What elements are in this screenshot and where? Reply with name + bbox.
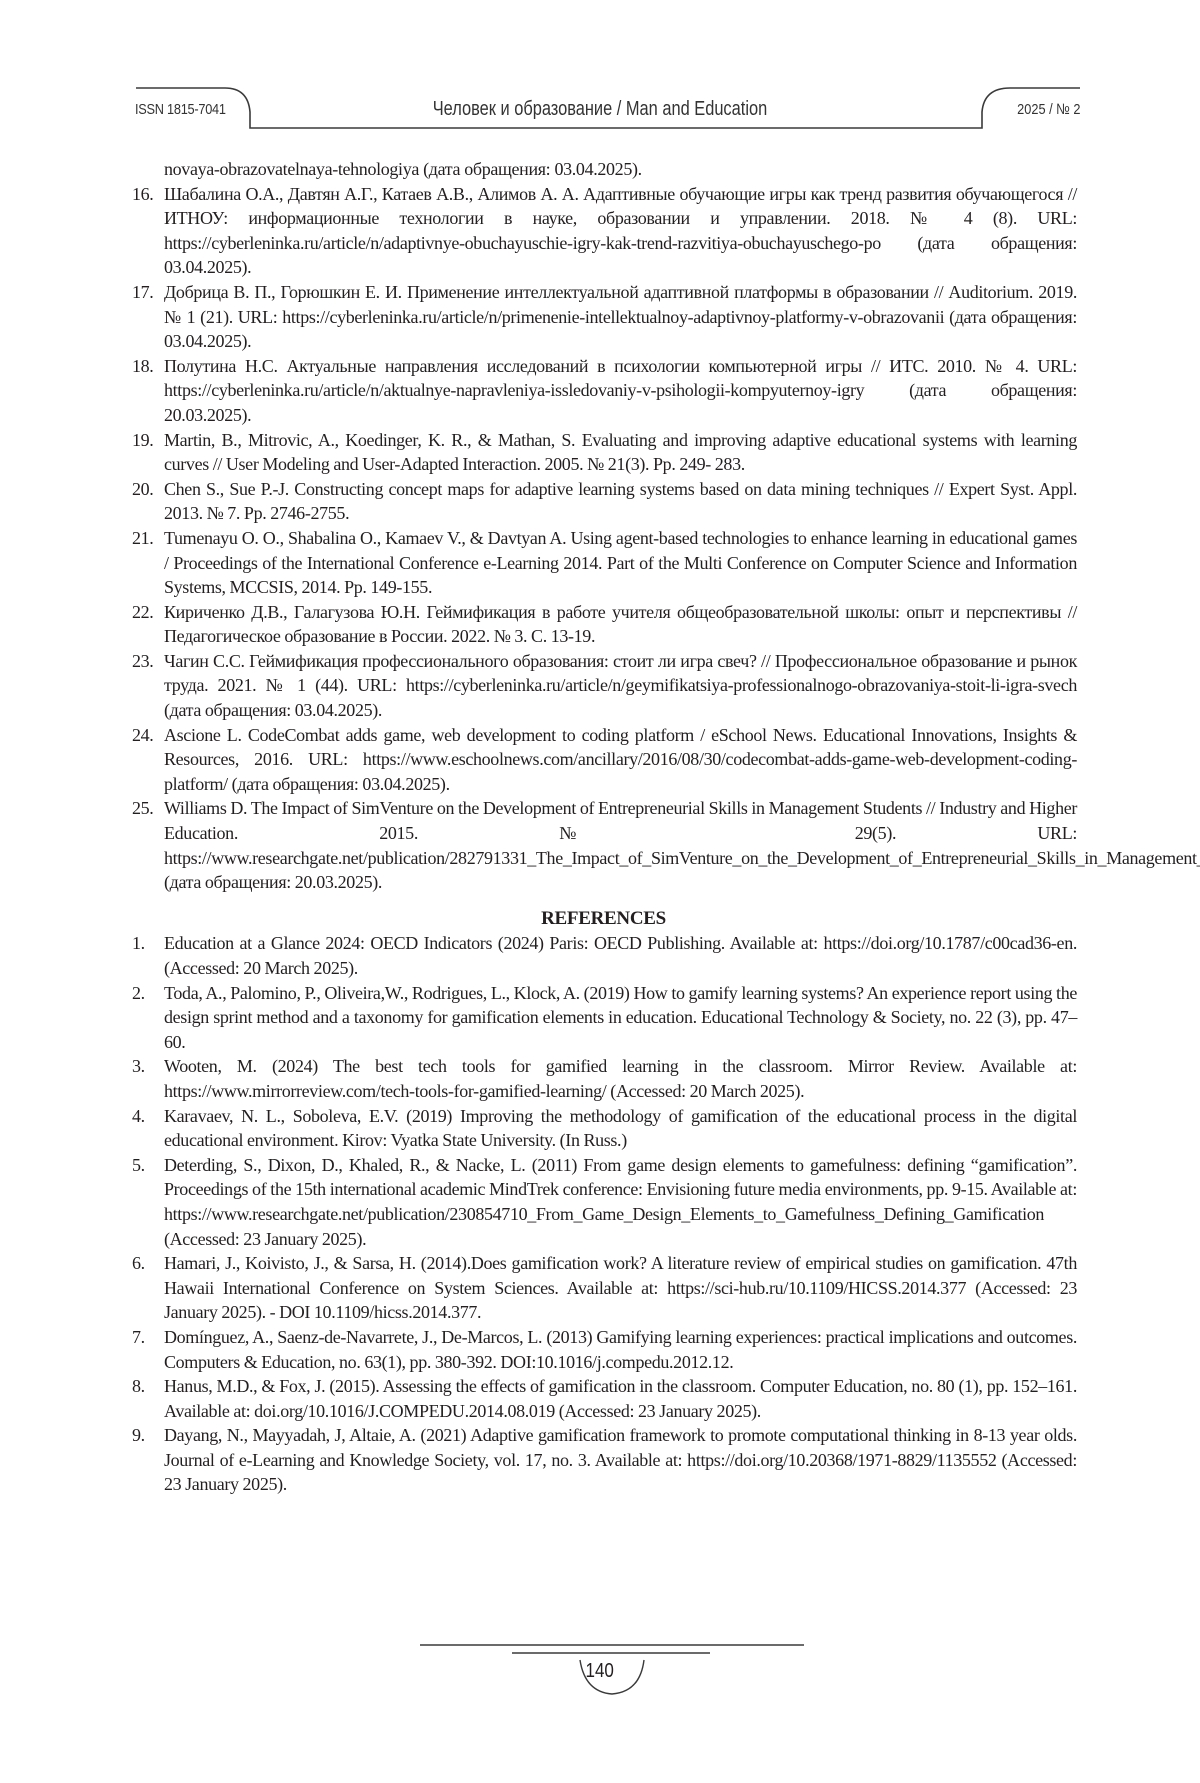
reference-text: Karavaev, N. L., Soboleva, E.V. (2019) I… <box>164 1106 1077 1151</box>
reference-text: Hamari, J., Koivisto, J., & Sarsa, H. (2… <box>164 1253 1077 1322</box>
reference-item: 21.Tumenayu O. O., Shabalina O., Kamaev … <box>130 526 1077 600</box>
reference-item: 3.Wooten, M. (2024) The best tech tools … <box>130 1054 1077 1103</box>
header-frame-decoration <box>0 0 1200 150</box>
reference-number: 9. <box>132 1423 145 1448</box>
reference-number: 3. <box>132 1054 145 1079</box>
reference-text: Ascione L. CodeCombat adds game, web dev… <box>164 725 1077 794</box>
reference-item: 23.Чагин С.С. Геймификация профессиональ… <box>130 649 1077 723</box>
reference-item: 17.Добрица В. П., Горюшкин Е. И. Примене… <box>130 280 1077 354</box>
reference-text: Чагин С.С. Геймификация профессиональног… <box>164 651 1077 720</box>
reference-list-content: novaya-obrazovatelnaya-tehnologiya (дата… <box>130 157 1077 1497</box>
reference-item: 19.Martin, B., Mitrovic, A., Koedinger, … <box>130 428 1077 477</box>
reference-item: 9.Dayang, N., Mayyadah, J, Altaie, A. (2… <box>130 1423 1077 1497</box>
reference-number: 6. <box>132 1251 145 1276</box>
reference-item: 6.Hamari, J., Koivisto, J., & Sarsa, H. … <box>130 1251 1077 1325</box>
reference-text: Deterding, S., Dixon, D., Khaled, R., & … <box>164 1155 1077 1249</box>
reference-item: 22.Кириченко Д.В., Галагузова Ю.Н. Гейми… <box>130 600 1077 649</box>
reference-number: 24. <box>132 723 153 748</box>
reference-item: 16.Шабалина О.А., Давтян А.Г., Катаев А.… <box>130 182 1077 280</box>
reference-text: Hanus, M.D., & Fox, J. (2015). Assessing… <box>164 1376 1077 1421</box>
reference-text: Toda, A., Palomino, P., Oliveira,W., Rod… <box>164 983 1077 1052</box>
reference-item: 5.Deterding, S., Dixon, D., Khaled, R., … <box>130 1153 1077 1251</box>
journal-title-text: Человек и образование / Man and Educatio… <box>433 98 767 121</box>
reference-text: Domínguez, A., Saenz-de-Navarrete, J., D… <box>164 1327 1077 1372</box>
reference-number: 25. <box>132 796 153 821</box>
reference-item: 2.Toda, A., Palomino, P., Oliveira,W., R… <box>130 981 1077 1055</box>
page-number: 140 <box>0 1660 1200 1683</box>
reference-number: 1. <box>132 931 145 956</box>
reference-item: 8.Hanus, M.D., & Fox, J. (2015). Assessi… <box>130 1374 1077 1423</box>
reference-text: Dayang, N., Mayyadah, J, Altaie, A. (202… <box>164 1425 1077 1494</box>
references-heading: REFERENCES <box>130 907 1077 932</box>
reference-number: 20. <box>132 477 153 502</box>
reference-text: Полутина Н.С. Актуальные направления исс… <box>164 356 1077 425</box>
reference-number: 18. <box>132 354 153 379</box>
reference-text: Wooten, M. (2024) The best tech tools fo… <box>164 1056 1077 1101</box>
reference-number: 7. <box>132 1325 145 1350</box>
reference-number: 16. <box>132 182 153 207</box>
reference-item: 18.Полутина Н.С. Актуальные направления … <box>130 354 1077 428</box>
reference-text: Tumenayu O. O., Shabalina O., Kamaev V.,… <box>164 528 1077 597</box>
reference-text: Добрица В. П., Горюшкин Е. И. Применение… <box>164 282 1077 351</box>
reference-number: 17. <box>132 280 153 305</box>
reference-number: 8. <box>132 1374 145 1399</box>
english-references-list: 1.Education at a Glance 2024: OECD Indic… <box>130 931 1077 1497</box>
reference-number: 21. <box>132 526 153 551</box>
page-number-text: 140 <box>586 1660 614 1683</box>
reference-number: 19. <box>132 428 153 453</box>
reference-item: 4.Karavaev, N. L., Soboleva, E.V. (2019)… <box>130 1104 1077 1153</box>
reference-number: 23. <box>132 649 153 674</box>
reference-text: Chen S., Sue P.-J. Constructing concept … <box>164 479 1077 524</box>
reference-item: 1.Education at a Glance 2024: OECD Indic… <box>130 931 1077 980</box>
page-header: ISSN 1815-7041 Человек и образование / M… <box>0 0 1200 150</box>
reference-item: 24.Ascione L. CodeCombat adds game, web … <box>130 723 1077 797</box>
reference-item: 25.Williams D. The Impact of SimVenture … <box>130 796 1077 894</box>
continuation-line: novaya-obrazovatelnaya-tehnologiya (дата… <box>130 157 1077 182</box>
reference-text: Williams D. The Impact of SimVenture on … <box>164 798 1200 892</box>
issue-number: 2025 / № 2 <box>1017 101 1080 118</box>
reference-number: 2. <box>132 981 145 1006</box>
reference-text: Кириченко Д.В., Галагузова Ю.Н. Геймифик… <box>164 602 1077 647</box>
reference-number: 4. <box>132 1104 145 1129</box>
reference-item: 7.Domínguez, A., Saenz-de-Navarrete, J.,… <box>130 1325 1077 1374</box>
reference-number: 22. <box>132 600 153 625</box>
reference-text: Education at a Glance 2024: OECD Indicat… <box>164 933 1077 978</box>
reference-text: Шабалина О.А., Давтян А.Г., Катаев А.В.,… <box>164 184 1077 278</box>
reference-number: 5. <box>132 1153 145 1178</box>
russian-references-list: 16.Шабалина О.А., Давтян А.Г., Катаев А.… <box>130 182 1077 895</box>
reference-item: 20.Chen S., Sue P.-J. Constructing conce… <box>130 477 1077 526</box>
reference-text: Martin, B., Mitrovic, A., Koedinger, K. … <box>164 430 1077 475</box>
